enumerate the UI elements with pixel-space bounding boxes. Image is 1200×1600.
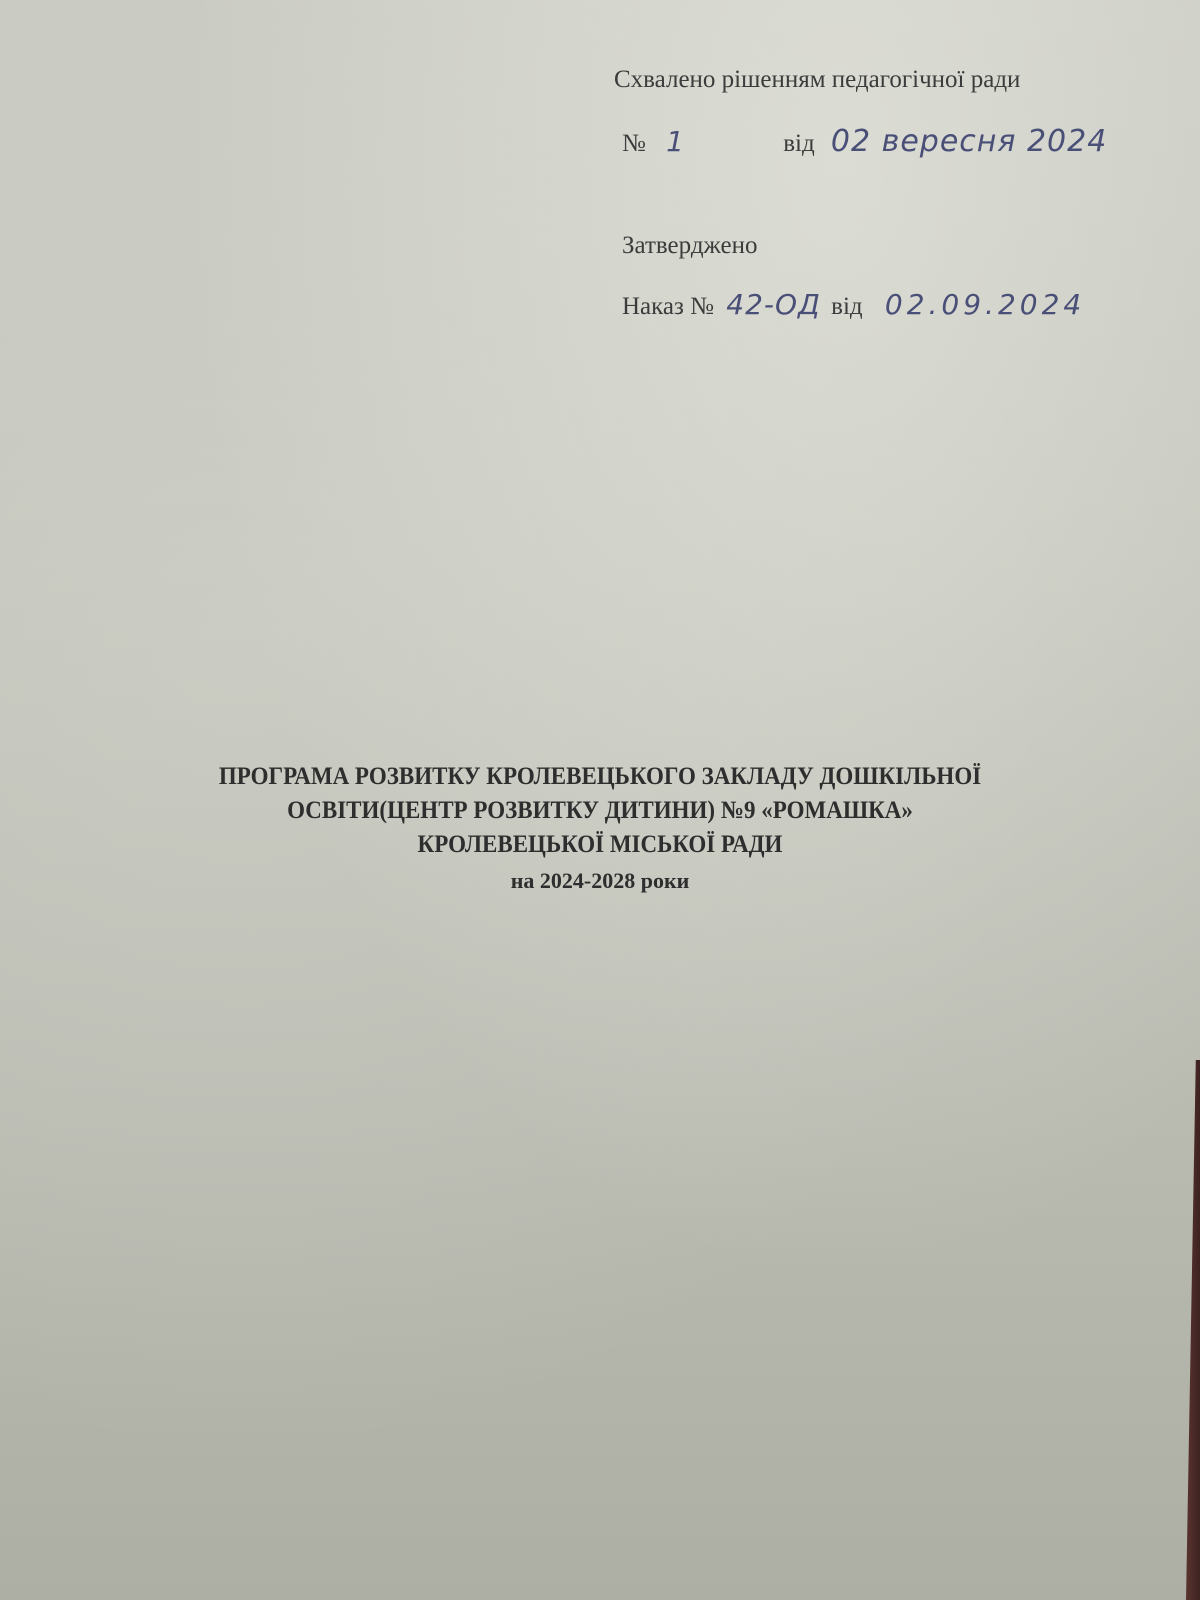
council-decision-number-line: № 1 від 02 вересня 2024 xyxy=(622,124,1107,159)
decision-date-handwritten: 02 вересня 2024 xyxy=(831,124,1107,159)
confirmed-line: Затверджено xyxy=(622,232,757,260)
order-label: Наказ № xyxy=(622,293,714,320)
title-line-1: ПРОГРАМА РОЗВИТКУ КРОЛЕВЕЦЬКОГО ЗАКЛАДУ … xyxy=(48,760,1152,794)
council-approval-label: Схвалено рішенням педагогічної ради xyxy=(614,66,1020,93)
order-number-handwritten: 42-ОД xyxy=(726,288,821,321)
title-line-2: ОСВІТИ(ЦЕНТР РОЗВИТКУ ДИТИНИ) №9 «РОМАШК… xyxy=(48,794,1152,828)
table-edge-background xyxy=(1186,1060,1200,1600)
title-line-3: КРОЛЕВЕЦЬКОЇ МІСЬКОЇ РАДИ xyxy=(48,828,1152,862)
document-page: Схвалено рішенням педагогічної ради № 1 … xyxy=(0,0,1200,1600)
order-date-handwritten: 02.09.2024 xyxy=(885,288,1085,321)
number-label: № xyxy=(622,130,646,157)
council-approval-line: Схвалено рішенням педагогічної ради xyxy=(614,66,1020,94)
from-label: від xyxy=(783,130,814,157)
program-title: ПРОГРАМА РОЗВИТКУ КРОЛЕВЕЦЬКОГО ЗАКЛАДУ … xyxy=(48,760,1152,862)
order-line: Наказ № 42-ОД від 02.09.2024 xyxy=(622,288,1085,321)
order-from-label: від xyxy=(831,293,862,320)
program-period: на 2024-2028 роки xyxy=(0,868,1200,894)
confirmed-label: Затверджено xyxy=(622,232,757,259)
decision-number-handwritten: 1 xyxy=(666,125,685,158)
